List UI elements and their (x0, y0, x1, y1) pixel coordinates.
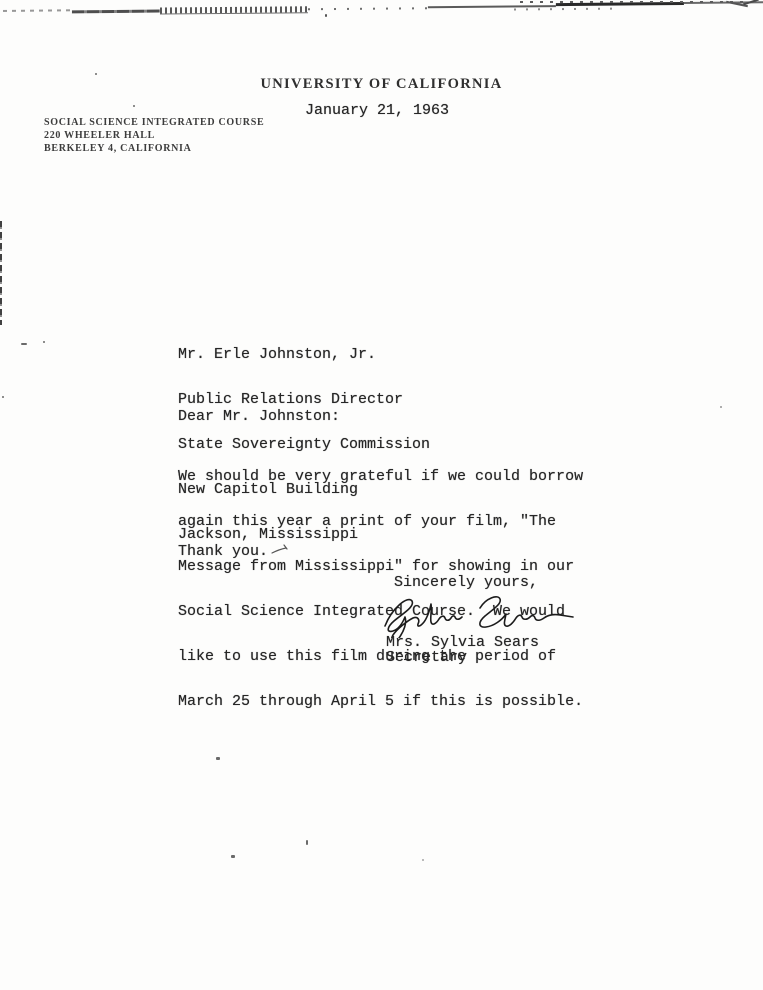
scan-speck (216, 757, 220, 760)
letter-date: January 21, 1963 (305, 103, 449, 118)
letterhead-university-title: UNIVERSITY OF CALIFORNIA (0, 76, 763, 93)
letterhead-address-line: BERKELEY 4, CALIFORNIA (44, 142, 264, 155)
scan-edge-segment (308, 7, 428, 10)
recipient-title: Public Relations Director (178, 392, 430, 407)
scan-speck (133, 105, 135, 107)
scanned-letter-page: UNIVERSITY OF CALIFORNIA SOCIAL SCIENCE … (0, 0, 763, 990)
scan-speck (325, 14, 327, 17)
handwritten-signature: Sylvia Sears (380, 590, 578, 638)
signer-job-title: Secretary (386, 650, 467, 665)
scan-left-edge-marks (0, 221, 2, 325)
letterhead-department-block: SOCIAL SCIENCE INTEGRATED COURSE 220 WHE… (44, 116, 264, 155)
scan-speck (720, 406, 722, 408)
valediction: Sincerely yours, (394, 575, 538, 590)
salutation: Dear Mr. Johnston: (178, 409, 340, 424)
scan-speck (21, 343, 27, 345)
signer-typed-name: Mrs. Sylvia Sears (386, 635, 539, 650)
body-line: We should be very grateful if we could b… (178, 469, 583, 484)
body-line: like to use this film during the period … (178, 649, 583, 664)
scan-edge-segment (160, 6, 308, 14)
recipient-name: Mr. Erle Johnston, Jr. (178, 347, 430, 362)
body-line: again this year a print of your film, "T… (178, 514, 583, 529)
letterhead-address-line: 220 WHEELER HALL (44, 129, 264, 142)
closing-line: Thank you. (178, 544, 268, 559)
scan-edge-segment (72, 10, 160, 14)
scan-speck (231, 855, 235, 858)
stray-pen-mark (271, 544, 291, 556)
scan-speck (306, 840, 308, 845)
letterhead-department-line: SOCIAL SCIENCE INTEGRATED COURSE (44, 116, 264, 129)
scan-speck (43, 341, 45, 343)
scan-top-dash-row (520, 1, 748, 3)
scan-speck (95, 73, 97, 75)
body-line: Message from Mississippi" for showing in… (178, 559, 583, 574)
body-line: March 25 through April 5 if this is poss… (178, 694, 583, 709)
scan-speck (422, 859, 424, 861)
scan-speck (2, 396, 4, 398)
scan-top-edge-artifact (0, 3, 763, 28)
scan-edge-segment (514, 8, 614, 11)
scan-edge-segment (0, 9, 74, 12)
